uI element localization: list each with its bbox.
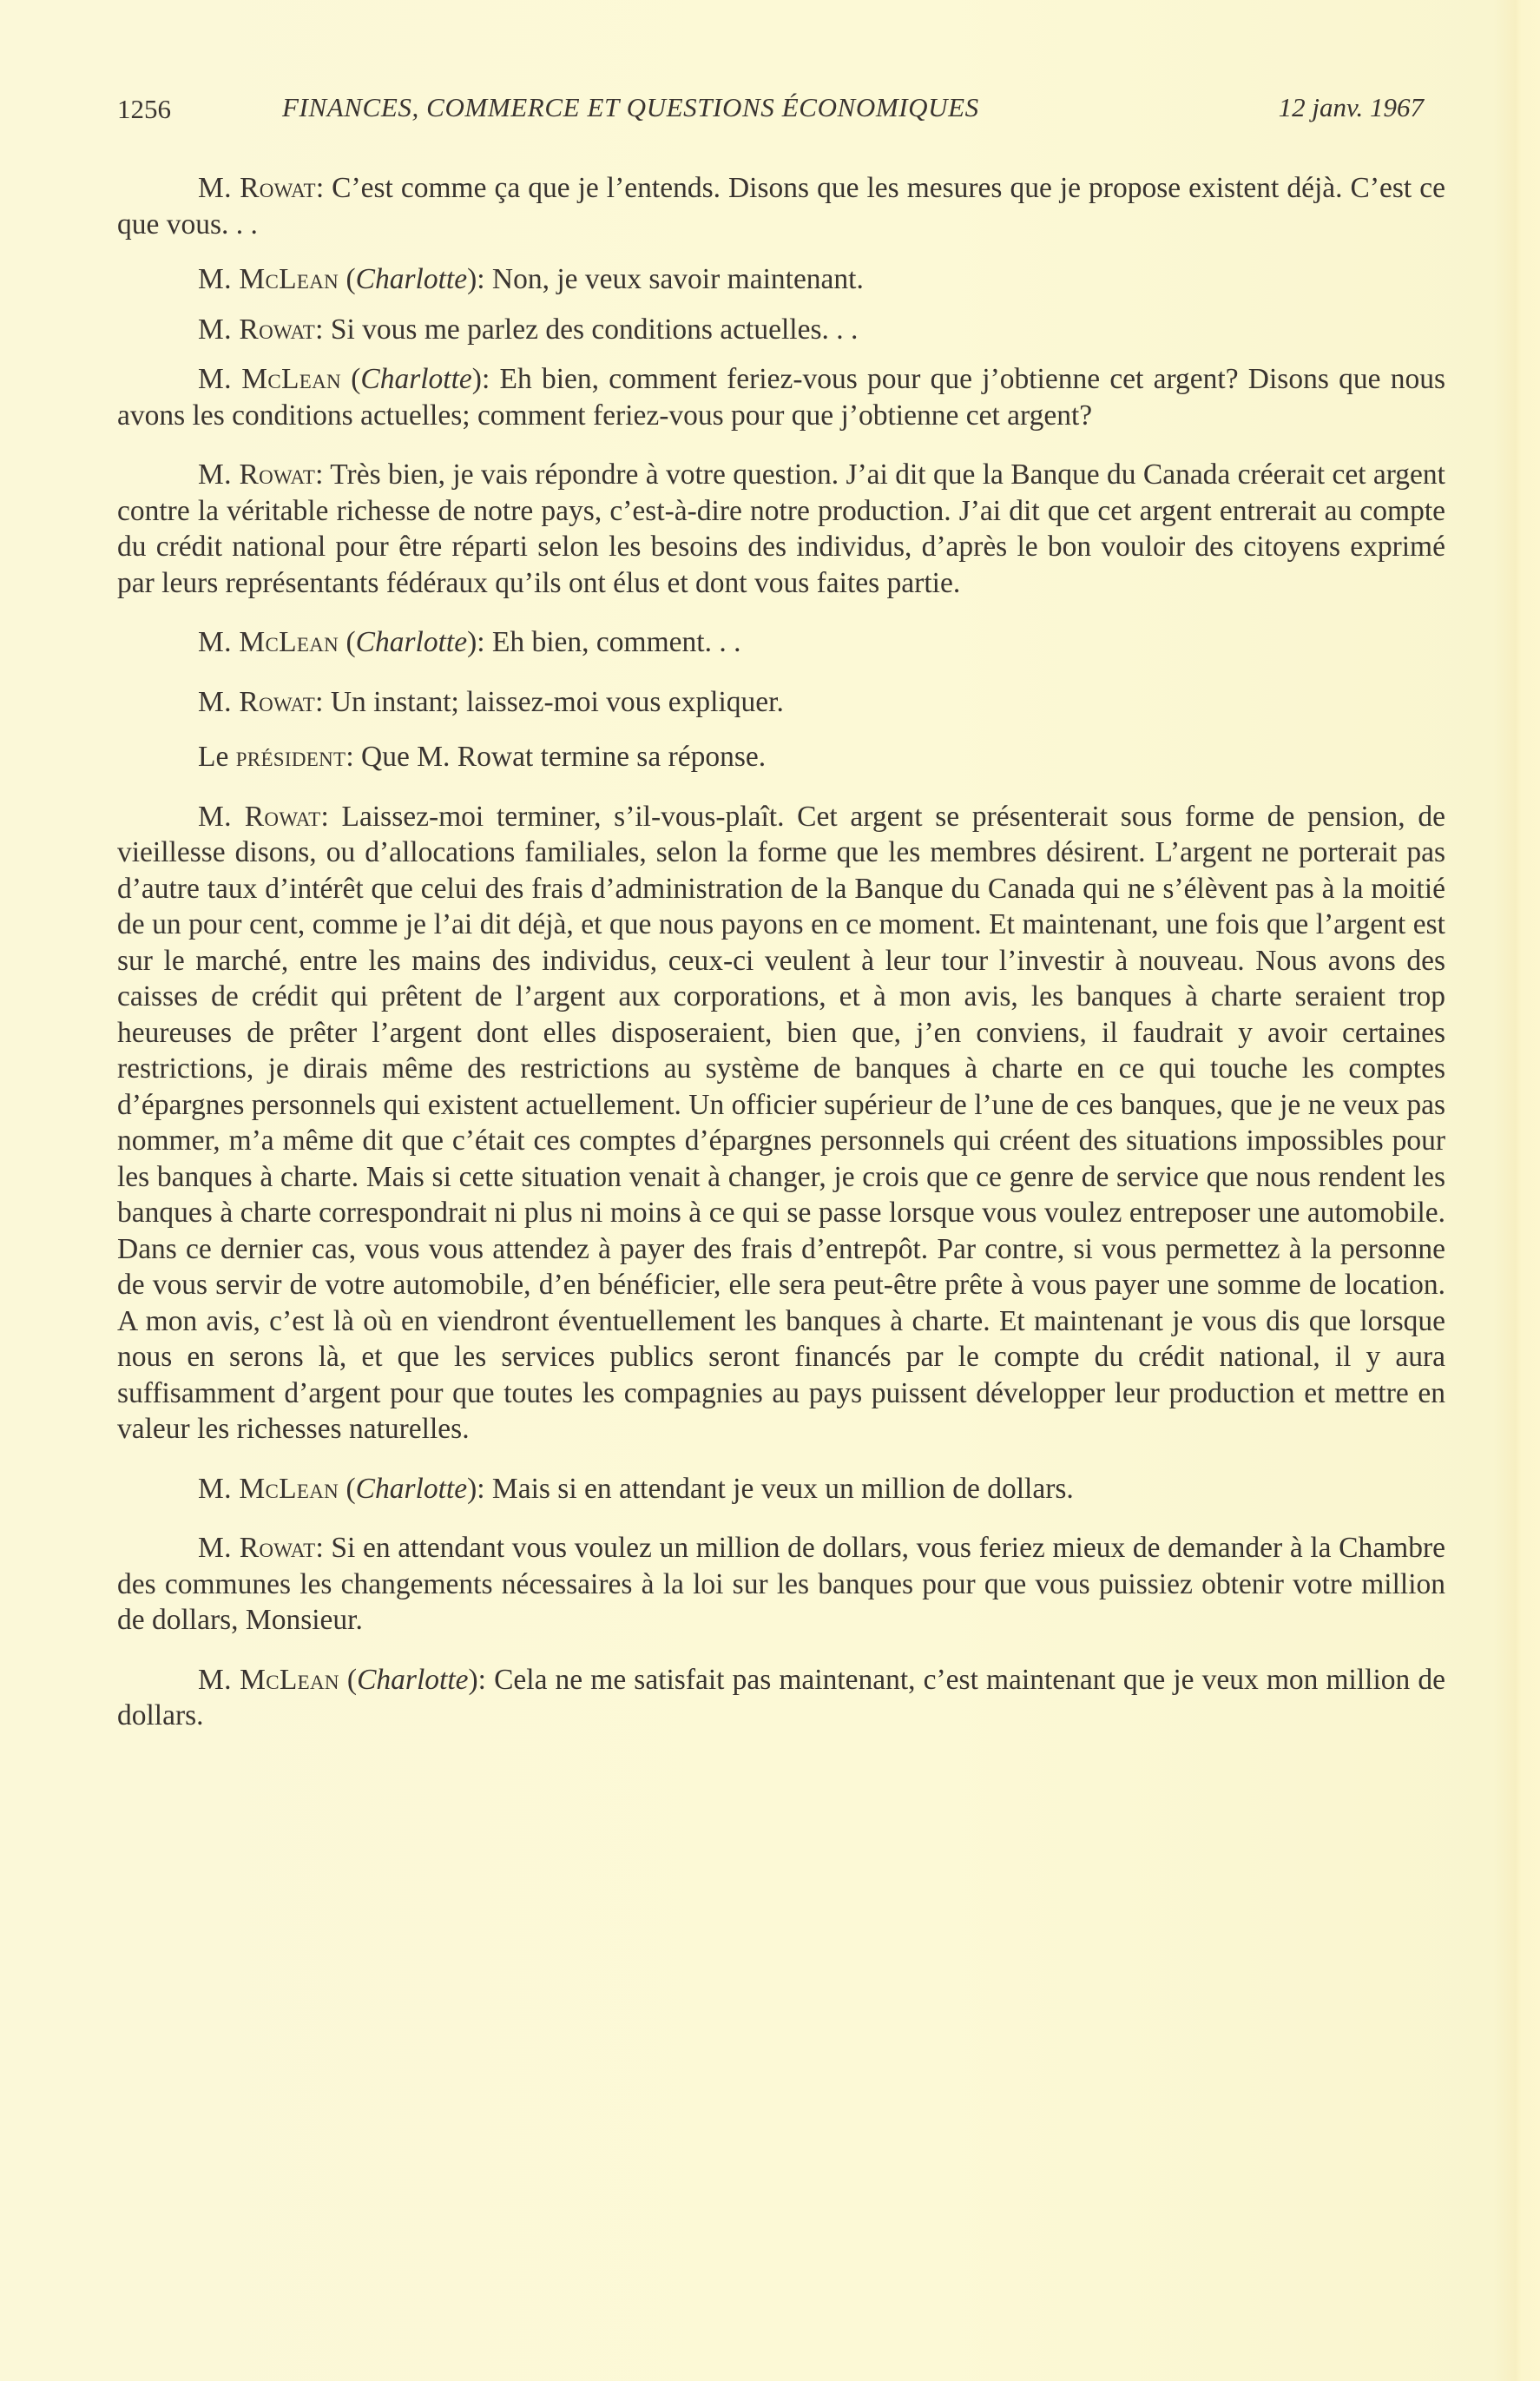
paragraph-mclean-2: M. McLean (Charlotte): Eh bien, comment … [117, 361, 1445, 433]
riding-name: Charlotte [360, 363, 471, 395]
speaker-name: M. Rowat [198, 801, 321, 833]
paragraph-rowat-1: M. Rowat: C’est comme ça que je l’entend… [117, 170, 1445, 242]
speech-text: : Laissez-moi terminer, s’il-vous-plaît.… [117, 801, 1445, 1446]
speech-text: : Très bien, je vais répondre à votre qu… [117, 458, 1445, 599]
page-number: 1256 [117, 92, 171, 127]
speaker-name: M. McLean [198, 263, 339, 295]
speech-text: : Non, je veux savoir maintenant. [477, 263, 864, 295]
riding-name: Charlotte [356, 1473, 467, 1505]
speech-text: : Mais si en attendant je veux un millio… [477, 1473, 1074, 1505]
speaker-name: président [236, 741, 346, 773]
speaker-prefix: Le [198, 741, 236, 773]
paragraph-mclean-5: M. McLean (Charlotte): Cela ne me satisf… [117, 1662, 1445, 1734]
document-page: 1256 FINANCES, COMMERCE ET QUESTIONS ÉCO… [0, 0, 1540, 2381]
riding-name: Charlotte [356, 626, 467, 658]
speaker-name: M. McLean [198, 1473, 339, 1505]
speech-text: : C’est comme ça que je l’entends. Dison… [117, 172, 1445, 241]
running-header: 1256 FINANCES, COMMERCE ET QUESTIONS ÉCO… [117, 90, 1424, 125]
section-title: FINANCES, COMMERCE ET QUESTIONS ÉCONOMIQ… [282, 90, 979, 125]
speaker-name: M. McLean [198, 363, 341, 395]
paragraph-rowat-3: M. Rowat: Très bien, je vais répondre à … [117, 457, 1445, 601]
paragraph-president: Le président: Que M. Rowat termine sa ré… [117, 739, 1445, 775]
paragraph-mclean-1: M. McLean (Charlotte): Non, je veux savo… [117, 261, 1445, 298]
riding-name: Charlotte [356, 263, 467, 295]
speech-text: : Eh bien, comment. . . [477, 626, 740, 658]
paragraph-mclean-4: M. McLean (Charlotte): Mais si en attend… [117, 1471, 1445, 1507]
paragraph-rowat-4: M. Rowat: Un instant; laissez-moi vous e… [117, 684, 1445, 721]
speaker-name: M. Rowat [198, 1532, 315, 1564]
speech-text: : Un instant; laissez-moi vous expliquer… [315, 686, 784, 718]
paragraph-rowat-6: M. Rowat: Si en attendant vous voulez un… [117, 1530, 1445, 1639]
paragraph-mclean-3: M. McLean (Charlotte): Eh bien, comment.… [117, 624, 1445, 661]
speech-text: : Que M. Rowat termine sa réponse. [346, 741, 766, 773]
paragraph-rowat-5: M. Rowat: Laissez-moi terminer, s’il-vou… [117, 799, 1445, 1448]
speaker-name: M. McLean [198, 626, 339, 658]
speaker-name: M. Rowat [198, 458, 315, 491]
speaker-name: M. McLean [198, 1664, 339, 1696]
riding-name: Charlotte [357, 1664, 468, 1696]
speaker-name: M. Rowat [198, 172, 316, 204]
header-date: 12 janv. 1967 [1279, 90, 1424, 125]
paragraph-rowat-2: M. Rowat: Si vous me parlez des conditio… [117, 312, 1445, 348]
speaker-name: M. Rowat [198, 686, 315, 718]
speech-text: : Si en attendant vous voulez un million… [117, 1532, 1445, 1636]
speech-text: : Si vous me parlez des conditions actue… [315, 313, 858, 346]
speaker-name: M. Rowat [198, 313, 315, 346]
transcript-body: M. Rowat: C’est comme ça que je l’entend… [117, 170, 1445, 1734]
